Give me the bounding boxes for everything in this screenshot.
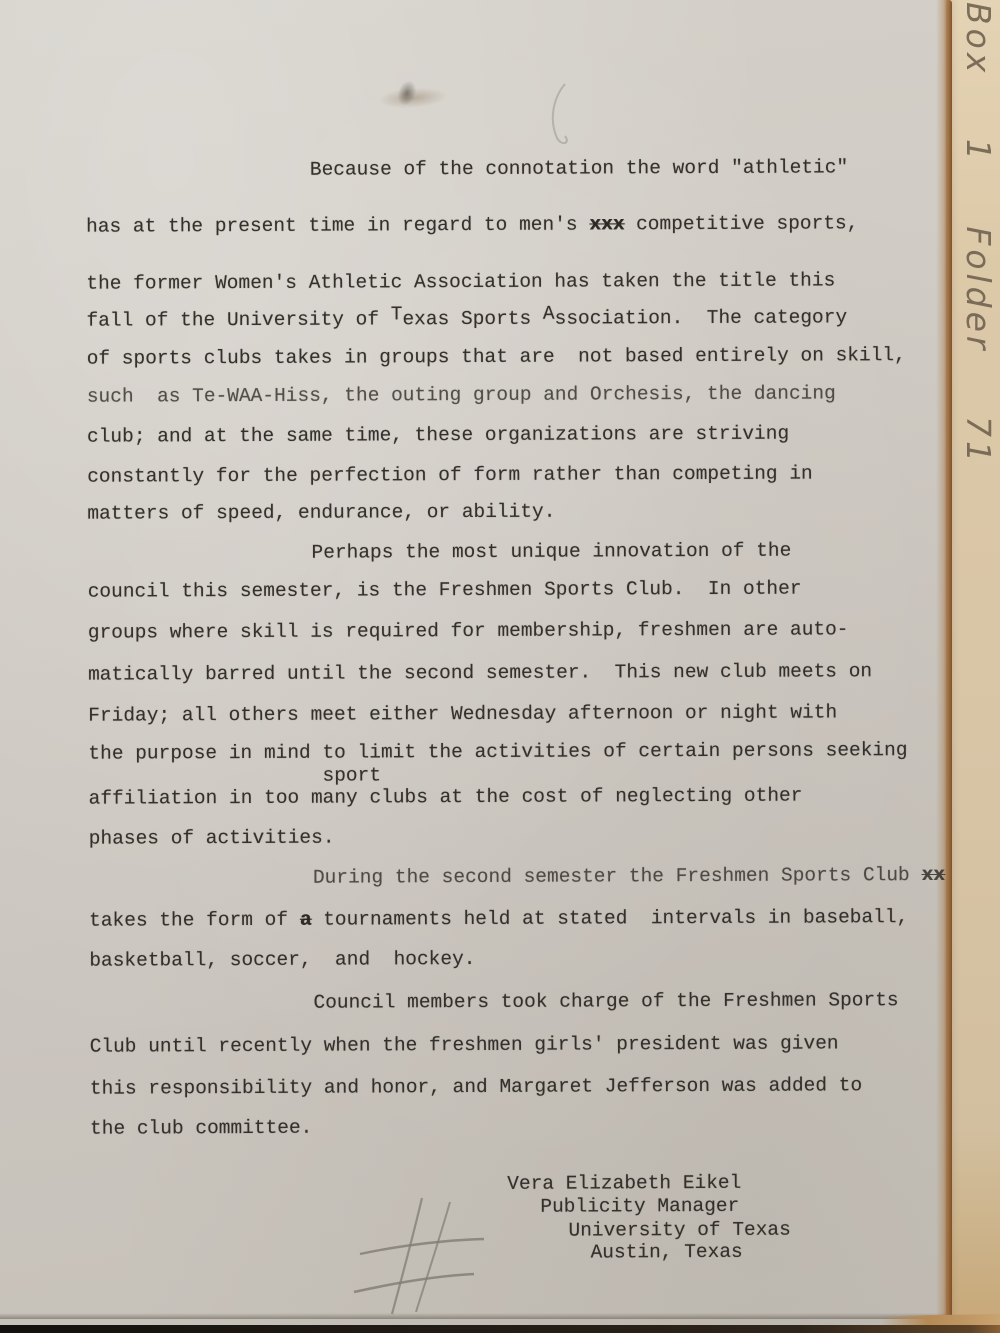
line-segment: tournaments held at stated intervals in …	[311, 906, 908, 931]
typed-line: basketball, soccer, and hockey.	[89, 948, 475, 972]
typed-line: fall of the University of Texas Sports A…	[86, 306, 847, 331]
typed-line: the former Women's Athletic Association …	[86, 269, 835, 294]
typed-line: Because of the connotation the word "ath…	[310, 156, 848, 180]
line-segment: During the second semester the Freshmen …	[313, 864, 922, 889]
line-segment: exas Sports	[402, 308, 543, 331]
signature-location: Austin, Texas	[591, 1241, 743, 1264]
typed-line: During the second semester the Freshmen …	[313, 864, 945, 889]
typed-line: the purpose in mind to limit the activit…	[88, 739, 907, 765]
typed-line: has at the present time in regard to men…	[86, 212, 858, 237]
line-segment: fall of the University of	[86, 308, 390, 331]
scanned-photo: Box 1 Folder 71 Because of the connotati…	[0, 0, 1000, 1333]
photo-dark-edge	[0, 1325, 1000, 1333]
struck-out-typo: xx	[921, 864, 945, 886]
typed-line: matically barred until the second semest…	[88, 660, 872, 685]
typed-line: Friday; all others meet either Wednesday…	[88, 701, 837, 726]
typed-line: council this semester, is the Freshmen S…	[88, 578, 802, 603]
typed-line: club; and at the same time, these organi…	[87, 423, 789, 448]
signature-org: University of Texas	[568, 1219, 790, 1242]
line-segment: ssociation. The category	[555, 306, 848, 329]
document-sheet: Because of the connotation the word "ath…	[0, 0, 946, 1325]
typed-line: matters of speed, endurance, or ability.	[87, 501, 555, 525]
pencil-hash-mark	[352, 1192, 492, 1317]
archival-margin-note: Box 1 Folder 71	[959, 2, 998, 882]
struck-out-typo: xxx	[589, 213, 624, 235]
typed-line: Perhaps the most unique innovation of th…	[311, 540, 791, 564]
typed-line: takes the form of a tournaments held at …	[89, 906, 908, 932]
struck-out-typo: a	[300, 909, 312, 931]
paper-bottom-shadow	[0, 1313, 946, 1319]
raised-letter: A	[543, 303, 555, 325]
typed-line: this responsibility and honor, and Marga…	[90, 1074, 862, 1099]
typed-line: Council members took charge of the Fresh…	[313, 989, 898, 1014]
typed-line: of sports clubs takes in groups that are…	[87, 344, 906, 370]
typed-line: constantly for the perfection of form ra…	[87, 463, 813, 488]
line-segment: takes the form of	[89, 909, 300, 932]
typed-line: Club until recently when the freshmen gi…	[90, 1032, 839, 1057]
typed-line: affiliation in too many clubs at the cos…	[89, 785, 803, 810]
typewritten-text: Because of the connotation the word "ath…	[0, 0, 949, 1327]
typed-line: groups where skill is required for membe…	[88, 618, 849, 643]
typed-line: the club committee.	[90, 1117, 312, 1140]
interlinear-insertion: sport	[322, 764, 381, 786]
signature-title: Publicity Manager	[540, 1195, 739, 1218]
line-segment: has at the present time in regard to men…	[86, 213, 589, 237]
signature-name: Vera Elizabeth Eikel	[507, 1172, 741, 1195]
line-segment: competitive sports,	[624, 212, 858, 235]
typed-line: phases of activities.	[89, 827, 335, 850]
raised-letter: T	[391, 303, 403, 325]
typed-line: such as Te-WAA-Hiss, the outing group an…	[87, 382, 836, 407]
